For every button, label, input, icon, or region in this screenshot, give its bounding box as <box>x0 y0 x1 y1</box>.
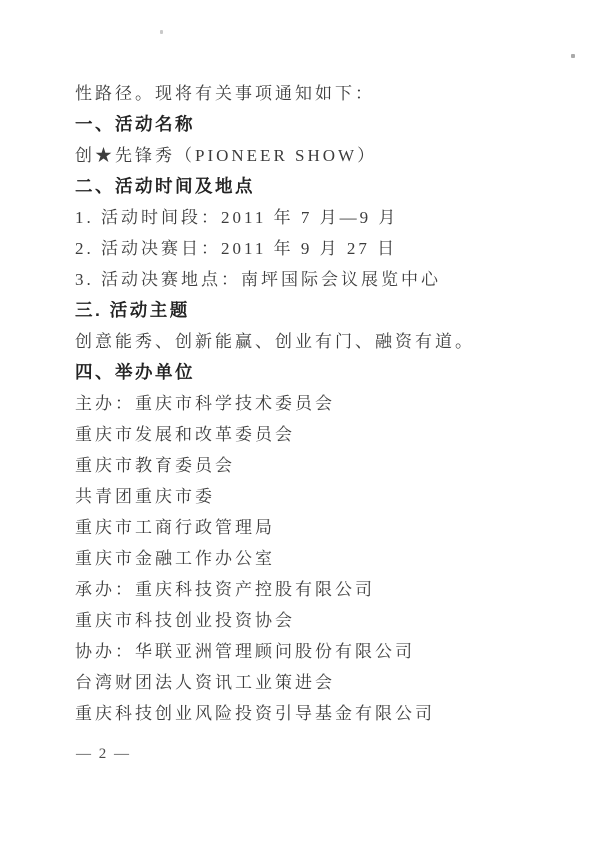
host-name: 重庆市科学技术委员会 <box>135 394 335 413</box>
co-organizer-name: 重庆科技创业风险投资引导基金有限公司 <box>75 698 564 729</box>
final-venue-line: 3. 活动决赛地点：南坪国际会议展览中心 <box>75 264 564 295</box>
document-body: 性路径。现将有关事项通知如下： 一、活动名称 创★先锋秀（PIONEER SHO… <box>75 78 564 729</box>
undertaker-role-label: 承办： <box>75 580 135 599</box>
time-period-line: 1. 活动时间段：2011 年 7 月—9 月 <box>75 202 564 233</box>
host-name: 重庆市发展和改革委员会 <box>75 419 564 450</box>
page-number: — 2 — <box>76 746 131 763</box>
undertaker-name: 重庆科技资产控股有限公司 <box>135 580 375 599</box>
host-name: 重庆市金融工作办公室 <box>75 543 564 574</box>
host-name: 共青团重庆市委 <box>75 481 564 512</box>
final-date-line: 2. 活动决赛日：2011 年 9 月 27 日 <box>75 233 564 264</box>
section-1-heading: 一、活动名称 <box>75 109 564 140</box>
host-row: 主办：重庆市科学技术委员会 <box>75 388 564 419</box>
host-name: 重庆市教育委员会 <box>75 450 564 481</box>
host-name: 重庆市工商行政管理局 <box>75 512 564 543</box>
co-organizer-row: 协办：华联亚洲管理顾问股份有限公司 <box>75 636 564 667</box>
activity-name-line: 创★先锋秀（PIONEER SHOW） <box>75 140 564 171</box>
section-3-heading: 三. 活动主题 <box>75 295 564 326</box>
theme-line: 创意能秀、创新能赢、创业有门、融资有道。 <box>75 326 564 357</box>
undertaker-row: 承办：重庆科技资产控股有限公司 <box>75 574 564 605</box>
co-organizer-name: 台湾财团法人资讯工业策进会 <box>75 667 564 698</box>
scan-speck <box>571 54 575 58</box>
co-organizer-role-label: 协办： <box>75 642 135 661</box>
intro-line: 性路径。现将有关事项通知如下： <box>75 78 564 109</box>
co-organizer-name: 华联亚洲管理顾问股份有限公司 <box>135 642 415 661</box>
section-4-heading: 四、举办单位 <box>75 357 564 388</box>
undertaker-name: 重庆市科技创业投资协会 <box>75 605 564 636</box>
section-2-heading: 二、活动时间及地点 <box>75 171 564 202</box>
document-page: 性路径。现将有关事项通知如下： 一、活动名称 创★先锋秀（PIONEER SHO… <box>0 0 600 852</box>
scan-speck <box>160 30 163 34</box>
host-role-label: 主办： <box>75 394 135 413</box>
